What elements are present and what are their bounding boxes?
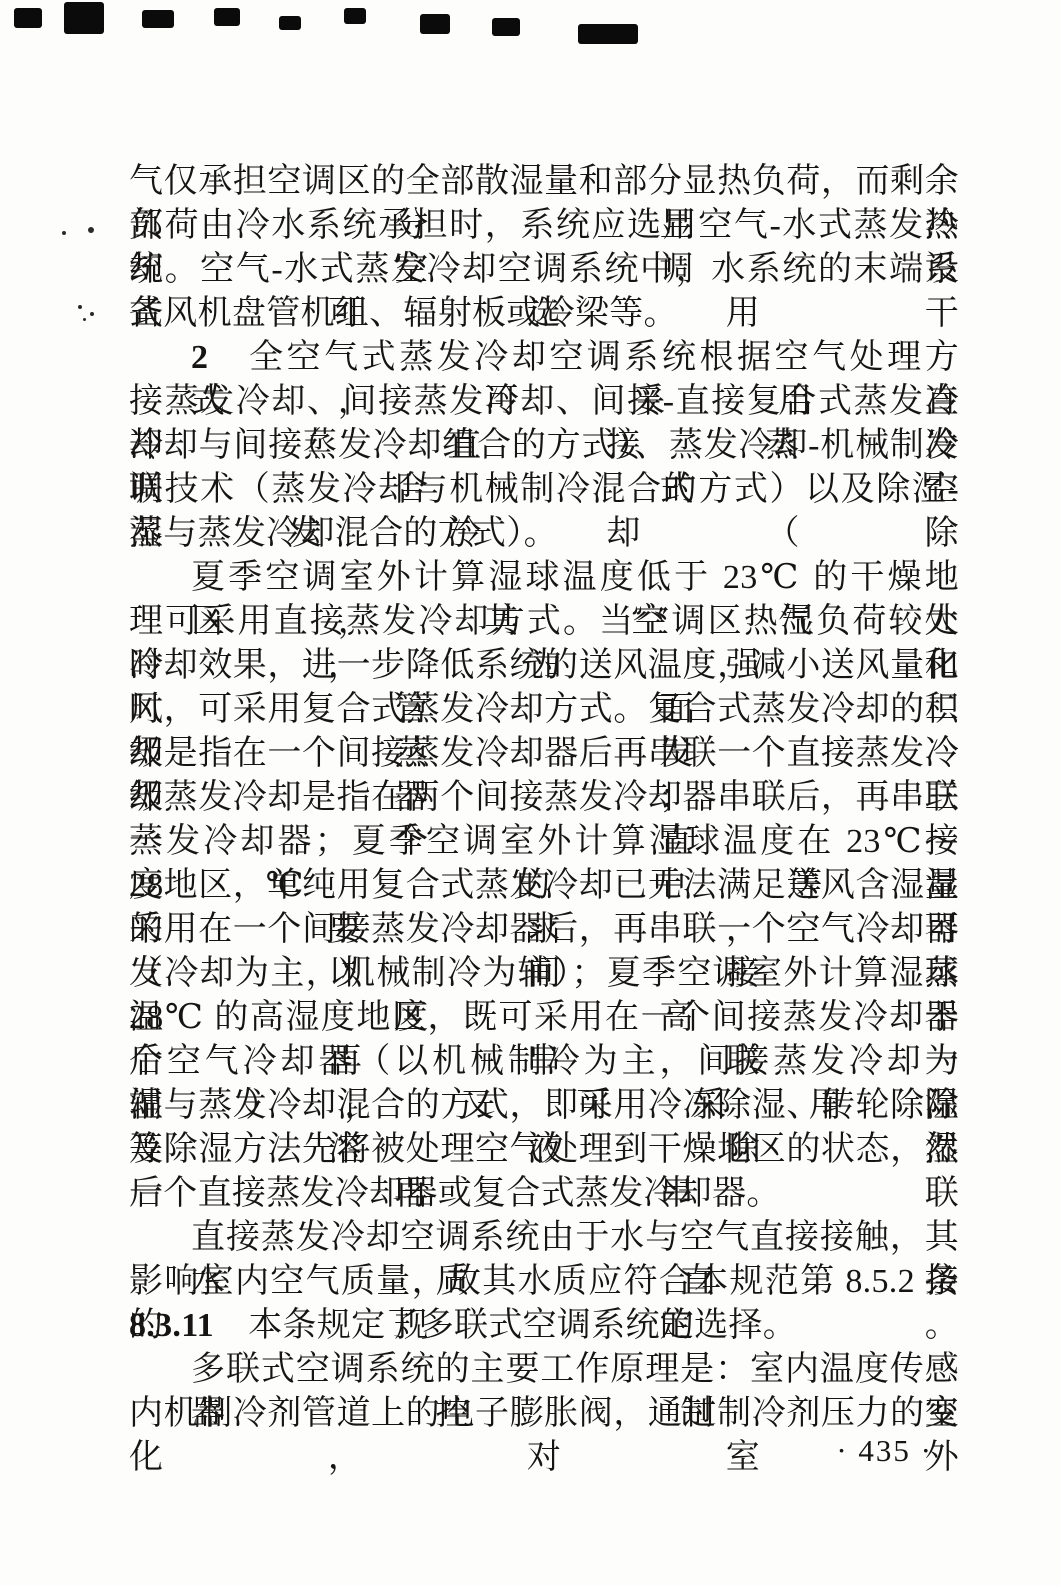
scan-artifact (578, 24, 638, 44)
text-line: 等除湿方法先将被处理空气处理到干燥地区的状态，然后再串联 (129, 1128, 959, 1172)
text-line: 多联式空调系统的主要工作原理是：室内温度传感器控制室 (129, 1348, 959, 1392)
text-line: 负荷由冷水系统承担时，系统应选用空气-水式蒸发冷却空调系 (129, 204, 959, 248)
text-line: 理可采用直接蒸发冷却方式。当空调区热湿负荷较大时，为强化 (129, 600, 959, 644)
clause-number: 8.3.11 (129, 1307, 214, 1344)
text-line: 冷却效果，进一步降低系统的送风温度，减小送风量和风管面积 (129, 644, 959, 688)
text-line: 湿与蒸发冷却混合的方式，即采用冷冻除湿、转轮除湿及溶液除湿 (129, 1084, 959, 1128)
text-line: 气仅承担空调区的全部散湿量和部分显热负荷，而剩余部分显热 (129, 160, 959, 204)
text-line: 夏季空调室外计算湿球温度低于 23℃ 的干燥地区，其空气处 (129, 556, 959, 600)
text-line: 直接蒸发冷却空调系统由于水与空气直接接触，其水质直接 (129, 1216, 959, 1260)
scan-artifact (14, 8, 42, 28)
text-line: 发冷却为主，机械制冷为辅）；夏季空调室外计算湿球温度高于 (129, 952, 959, 996)
clause-number: 2 (191, 339, 208, 376)
text-line: 级蒸发冷却是指在两个间接蒸发冷却器串联后，再串联一个直接 (129, 776, 959, 820)
body-text: 气仅承担空调区的全部散湿量和部分显热负荷，而剩余部分显热 负荷由冷水系统承担时，… (129, 160, 959, 1436)
text-line: 蒸发冷却器；夏季空调室外计算湿球温度在 23℃～28℃ 的中等湿 (129, 820, 959, 864)
scan-artifact (64, 2, 104, 34)
text-line: 时，可采用复合式蒸发冷却方式。复合式蒸发冷却的二级蒸发冷 (129, 688, 959, 732)
text-line-clause-2: 2 全空气式蒸发冷却空调系统根据空气处理方式，可采用直 (129, 336, 959, 380)
scan-artifact (279, 16, 301, 30)
text-line: 内机制冷剂管道上的电子膨胀阀，通过制冷剂压力的变化，对室外 (129, 1392, 959, 1436)
scan-artifact (420, 14, 450, 34)
scan-artifact (62, 231, 66, 235)
text-line: 采用在一个间接蒸发冷却器后，再串联一个空气冷却器（以间接蒸 (129, 908, 959, 952)
text-line: 28℃ 的高湿度地区，既可采用在一个间接蒸发冷却器后再串联一 (129, 996, 959, 1040)
scan-artifact (142, 10, 174, 28)
text-line: 个空气冷却器（以机械制冷为主，间接蒸发冷却为辅），又可采用除 (129, 1040, 959, 1084)
text-line: 冷却与间接蒸发冷却组合的方式）、蒸发冷却-机械制冷联合式空 (129, 424, 959, 468)
text-line: 统。空气-水式蒸发冷却空调系统中，水系统的末端设备可选用干 (129, 248, 959, 292)
text-line: 调技术（蒸发冷却与机械制冷混合的方式）以及除湿-蒸发冷却（除 (129, 468, 959, 512)
text-line: 接蒸发冷却、间接蒸发冷却、间接-直接复合式蒸发冷却（直接蒸发 (129, 380, 959, 424)
text-line: 度地区，单纯用复合式蒸发冷却已无法满足送风含湿量的要求，可 (129, 864, 959, 908)
scan-artifact (83, 318, 86, 321)
scan-artifact (88, 227, 94, 233)
scan-artifact (90, 312, 94, 316)
text-line: 却是指在一个间接蒸发冷却器后再串联一个直接蒸发冷却器；三 (129, 732, 959, 776)
scan-artifact (78, 305, 82, 309)
text-line: 影响室内空气质量，故其水质应符合本规范第 8.5.2 条的规定。 (129, 1260, 959, 1304)
page-number: · 435 · (129, 1433, 959, 1469)
scan-artifact (344, 8, 366, 24)
scan-artifact (492, 18, 520, 36)
scan-artifact (214, 8, 240, 26)
scanned-book-page: 气仅承担空调区的全部散湿量和部分显热负荷，而剩余部分显热 负荷由冷水系统承担时，… (0, 0, 1061, 1586)
